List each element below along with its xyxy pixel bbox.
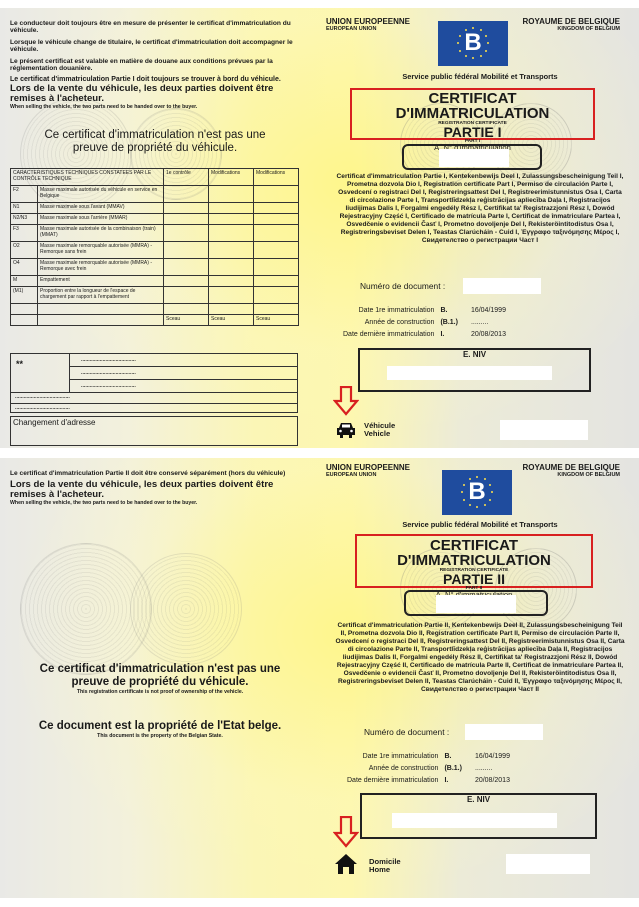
- date-value: 20/08/2013: [461, 329, 509, 341]
- handover-notice: Lors de la vente du véhicule, les deux p…: [10, 84, 305, 104]
- redacted-field: [463, 278, 541, 294]
- row-description: Proportion entre la longueur de l'espace…: [38, 287, 164, 304]
- notice-3: Le présent certificat est valable en mat…: [10, 58, 305, 73]
- country-letter: B: [442, 478, 512, 506]
- signature-marker: **: [16, 359, 23, 369]
- kingdom-label: ROYAUME DE BELGIQUE KINGDOM OF BELGIUM: [510, 18, 620, 32]
- certificate-title-block: CERTIFICAT D'IMMATRICULATION REGISTRATIO…: [350, 91, 595, 152]
- value-cell: [254, 186, 299, 203]
- notices: Le certificat d'immatriculation Partie I…: [10, 470, 305, 506]
- star-icon: [459, 35, 461, 37]
- vin-box: E. NIV: [360, 793, 597, 839]
- date-row: Date dernière immatriculationI.20/08/201…: [340, 329, 509, 341]
- part-title: PARTIE I: [350, 126, 595, 139]
- column-header: Modifications: [209, 169, 254, 186]
- eu-label: UNION EUROPEENNE EUROPEAN UNION: [326, 18, 410, 32]
- row-code: M: [11, 276, 38, 287]
- vin-label: E. NIV: [362, 795, 595, 804]
- value-cell: [254, 214, 299, 225]
- date-code: (B.1.): [437, 317, 461, 329]
- star-icon: [484, 504, 486, 506]
- value-cell: [164, 304, 209, 315]
- date-value: .........: [465, 763, 513, 775]
- redacted-field: [439, 149, 509, 167]
- vehicle-label: Véhicule Vehicle: [364, 422, 395, 438]
- value-cell: [254, 242, 299, 259]
- table-row: O2Masse maximale remorquable autorisée (…: [11, 242, 299, 259]
- star-icon: [457, 42, 459, 44]
- row-description: [38, 304, 164, 315]
- date-row: Date 1re immatriculationB.16/04/1999: [344, 751, 513, 763]
- row-description: Masse maximale remorquable autorisée (MM…: [38, 259, 164, 276]
- address-change-label: Changement d'adresse: [13, 418, 295, 427]
- multilingual-title: Certificat d'immatriculation Partie II, …: [335, 622, 625, 694]
- table-header: CARACTERISTIQUES TECHNIQUES CONSTATEES P…: [11, 169, 164, 186]
- date-code: B.: [437, 305, 461, 317]
- belgium-flag: B: [438, 21, 508, 66]
- date-label: Année de construction: [340, 317, 437, 329]
- certificate-title: CERTIFICAT D'IMMATRICULATION: [350, 91, 595, 121]
- star-icon: [472, 57, 474, 59]
- value-cell: [164, 287, 209, 304]
- signature-marker-cell: **: [11, 354, 70, 392]
- handover-notice-en: When selling the vehicle, the two parts …: [10, 500, 305, 506]
- home-label: Domicile Home: [369, 858, 401, 874]
- date-label: Date 1re immatriculation: [344, 751, 441, 763]
- value-cell: [254, 276, 299, 287]
- notice-2: Lorsque le véhicule change de titulaire,…: [10, 39, 305, 54]
- not-proof-of-ownership: Ce certificat d'immatriculation n'est pa…: [20, 663, 300, 695]
- dates-table: Date 1re immatriculationB.16/04/1999Anné…: [344, 751, 513, 787]
- date-label: Date 1re immatriculation: [340, 305, 437, 317]
- value-cell: [209, 287, 254, 304]
- redacted-field: [387, 366, 552, 380]
- redacted-field: [465, 724, 543, 740]
- table-row: N2/N3Masse maximale sous l'arrière (MMAR…: [11, 214, 299, 225]
- down-arrow-icon: [333, 816, 359, 848]
- guilloche-pattern: [130, 553, 242, 665]
- certificate-part-2: Le certificat d'immatriculation Partie I…: [0, 458, 639, 898]
- star-icon: [489, 484, 491, 486]
- value-cell: [164, 186, 209, 203]
- table-row: F3Masse maximale autorisée de la combina…: [11, 225, 299, 242]
- star-icon: [465, 29, 467, 31]
- star-icon: [489, 499, 491, 501]
- star-icon: [459, 50, 461, 52]
- row-description: Masse maximale sous l'avant (MMAV): [38, 203, 164, 214]
- row-description: Empattement: [38, 276, 164, 287]
- star-icon: [476, 476, 478, 478]
- value-cell: [209, 259, 254, 276]
- seal-label: Sceau: [209, 315, 254, 326]
- value-cell: [254, 304, 299, 315]
- kingdom-label: ROYAUME DE BELGIQUE KINGDOM OF BELGIUM: [510, 464, 620, 478]
- redacted-field: [500, 420, 588, 440]
- date-code: I.: [441, 775, 465, 787]
- row-code: N2/N3: [11, 214, 38, 225]
- star-icon: [463, 499, 465, 501]
- value-cell: [209, 225, 254, 242]
- value-cell: [254, 287, 299, 304]
- value-cell: [209, 214, 254, 225]
- row-code: O2: [11, 242, 38, 259]
- table-row: F2Masse maximale autorisée du véhicule e…: [11, 186, 299, 203]
- notices: Le conducteur doit toujours être en mesu…: [10, 20, 305, 110]
- redacted-field: [506, 854, 590, 874]
- date-row: Date 1re immatriculationB.16/04/1999: [340, 305, 509, 317]
- document-number-label: Numéro de document :: [364, 727, 449, 737]
- document-number-label: Numéro de document :: [360, 281, 445, 291]
- belgium-flag: B: [442, 470, 512, 515]
- date-code: B.: [441, 751, 465, 763]
- value-cell: [254, 259, 299, 276]
- service-label: Service public fédéral Mobilité et Trans…: [360, 72, 600, 81]
- notice-1: Le conducteur doit toujours être en mesu…: [10, 20, 305, 35]
- row-description: Masse maximale remorquable autorisée (MM…: [38, 242, 164, 259]
- star-icon: [469, 478, 471, 480]
- notice-part2: Le certificat d'immatriculation Partie I…: [10, 470, 305, 477]
- service-label: Service public fédéral Mobilité et Trans…: [360, 520, 600, 529]
- star-icon: [491, 491, 493, 493]
- date-value: 20/08/2013: [465, 775, 513, 787]
- value-cell: [164, 203, 209, 214]
- value-cell: [209, 242, 254, 259]
- date-code: (B.1.): [441, 763, 465, 775]
- date-label: Année de construction: [344, 763, 441, 775]
- part-title: PARTIE II: [355, 573, 593, 586]
- date-row: Année de construction(B.1.).........: [344, 763, 513, 775]
- state-property-notice: Ce document est la propriété de l'Etat b…: [20, 720, 300, 739]
- column-header: 1e contrôle: [164, 169, 209, 186]
- redacted-field: [392, 813, 557, 828]
- date-code: I.: [437, 329, 461, 341]
- star-icon: [465, 55, 467, 57]
- star-icon: [484, 478, 486, 480]
- star-icon: [480, 55, 482, 57]
- vin-label: E. NIV: [360, 350, 589, 359]
- eu-label: UNION EUROPEENNE EUROPEAN UNION: [326, 464, 410, 478]
- row-description: Masse maximale sous l'arrière (MMAR): [38, 214, 164, 225]
- star-icon: [485, 50, 487, 52]
- star-icon: [463, 484, 465, 486]
- car-icon: [335, 421, 357, 439]
- date-value: 16/04/1999: [461, 305, 509, 317]
- date-label: Date dernière immatriculation: [340, 329, 437, 341]
- value-cell: [209, 304, 254, 315]
- star-icon: [487, 42, 489, 44]
- not-proof-of-ownership: Ce certificat d'immatriculation n'est pa…: [30, 129, 280, 155]
- down-arrow-icon: [333, 386, 359, 416]
- seal-label: Sceau: [254, 315, 299, 326]
- value-cell: [254, 225, 299, 242]
- row-code: F3: [11, 225, 38, 242]
- row-code: O4: [11, 259, 38, 276]
- certificate-part-1: Le conducteur doit toujours être en mesu…: [0, 8, 639, 448]
- date-label: Date dernière immatriculation: [344, 775, 441, 787]
- value-cell: [209, 276, 254, 287]
- row-description: Masse maximale autorisée du véhicule en …: [38, 186, 164, 203]
- row-code: N1: [11, 203, 38, 214]
- value-cell: [164, 225, 209, 242]
- value-cell: [164, 276, 209, 287]
- redacted-field: [436, 595, 516, 613]
- value-cell: [164, 242, 209, 259]
- value-cell: [164, 259, 209, 276]
- handover-notice: Lors de la vente du véhicule, les deux p…: [10, 480, 305, 500]
- value-cell: [164, 214, 209, 225]
- date-value: 16/04/1999: [465, 751, 513, 763]
- dates-table: Date 1re immatriculationB.16/04/1999Anné…: [340, 305, 509, 341]
- table-row: (M1)Proportion entre la longueur de l'es…: [11, 287, 299, 304]
- star-icon: [480, 29, 482, 31]
- value-cell: [209, 186, 254, 203]
- date-value: .........: [461, 317, 509, 329]
- star-icon: [472, 27, 474, 29]
- registration-number-box: [404, 590, 548, 616]
- row-description: Masse maximale autorisée de la combinais…: [38, 225, 164, 242]
- technical-characteristics-table: CARACTERISTIQUES TECHNIQUES CONSTATEES P…: [10, 168, 299, 326]
- date-row: Date dernière immatriculationI.20/08/201…: [344, 775, 513, 787]
- row-code: F2: [11, 186, 38, 203]
- value-cell: [254, 203, 299, 214]
- row-code: (M1): [11, 287, 38, 304]
- column-header: Modifications: [254, 169, 299, 186]
- handover-notice-en: When selling the vehicle, the two parts …: [10, 104, 305, 110]
- table-row: MEmpattement: [11, 276, 299, 287]
- country-letter: B: [438, 29, 508, 57]
- seal-label: Sceau: [164, 315, 209, 326]
- certificate-title: CERTIFICAT D'IMMATRICULATION: [355, 538, 593, 568]
- star-icon: [469, 504, 471, 506]
- date-row: Année de construction(B.1.).........: [340, 317, 509, 329]
- star-icon: [476, 506, 478, 508]
- home-icon: [334, 853, 358, 875]
- registration-number-box: [402, 144, 542, 170]
- value-cell: [209, 203, 254, 214]
- multilingual-title: Certificat d'immatriculation Partie I, K…: [335, 173, 625, 245]
- row-code: [11, 304, 38, 315]
- star-icon: [461, 491, 463, 493]
- table-row: N1Masse maximale sous l'avant (MMAV): [11, 203, 299, 214]
- vin-box: E. NIV: [358, 348, 591, 392]
- table-row: O4Masse maximale remorquable autorisée (…: [11, 259, 299, 276]
- address-change-box: Changement d'adresse: [10, 416, 298, 446]
- signature-block: ** .....................................…: [10, 353, 298, 413]
- star-icon: [485, 35, 487, 37]
- table-row: [11, 304, 299, 315]
